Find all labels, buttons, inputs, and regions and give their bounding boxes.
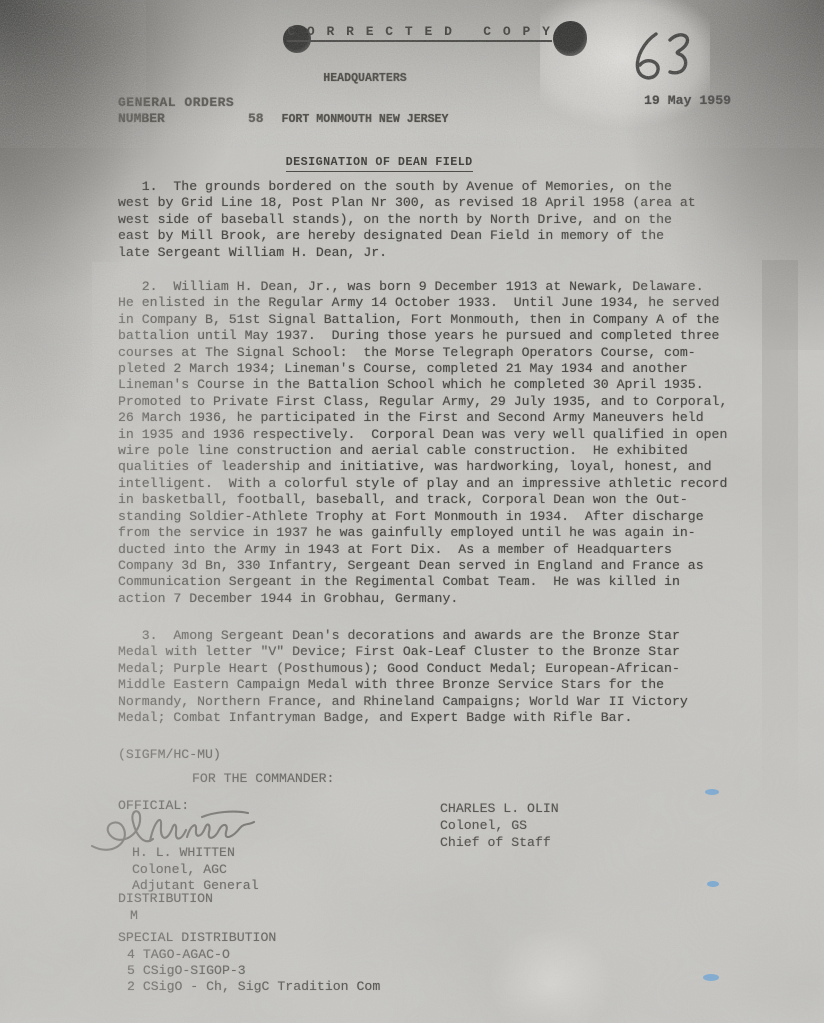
text-line: east by Mill Brook, are hereby designate… <box>118 228 696 244</box>
text-line: in Company B, 51st Signal Battalion, For… <box>118 312 727 328</box>
text-line: Communication Sergeant in the Regimental… <box>118 574 727 590</box>
text-line: from the service in 1937 he was gainfull… <box>118 525 727 541</box>
text-line: Middle Eastern Campaign Medal with three… <box>118 677 688 693</box>
text-line: battalion until May 1937. During those y… <box>118 328 727 344</box>
commander-title: Chief of Staff <box>440 835 551 850</box>
general-orders-label: GENERAL ORDERS <box>118 95 234 110</box>
text-line: wire pole line construction and aerial c… <box>118 443 727 459</box>
paragraph-2: 2. William H. Dean, Jr., was born 9 Dece… <box>118 279 727 607</box>
text-line: Promoted to Private First Class, Regular… <box>118 394 727 410</box>
scan-bottom-light-streak <box>486 925 616 1023</box>
letterhead-headquarters: HEADQUARTERS <box>233 72 497 86</box>
document-date: 19 May 1959 <box>644 93 731 108</box>
text-line: ducted into the Army in 1943 at Fort Dix… <box>118 542 727 558</box>
text-line: west by Grid Line 18, Post Plan Nr 300, … <box>118 195 696 211</box>
letterhead-location: FORT MONMOUTH NEW JERSEY <box>233 113 497 127</box>
text-line: qualities of leadership and initiative, … <box>118 459 727 475</box>
text-line: Lineman's Course in the Battalion School… <box>118 377 727 393</box>
scan-right-streak <box>762 260 798 820</box>
number-value: 58 <box>248 111 264 126</box>
text-line: 3. Among Sergeant Dean's decorations and… <box>118 628 688 644</box>
document-title-text: DESIGNATION OF DEAN FIELD <box>286 155 473 172</box>
text-line: Normandy, Northern France, and Rhineland… <box>118 694 688 710</box>
commander-name: CHARLES L. OLIN <box>440 801 559 816</box>
commander-rank: Colonel, GS <box>440 818 527 833</box>
text-line: standing Soldier-Athlete Trophy at Fort … <box>118 509 727 525</box>
text-line: courses at The Signal School: the Morse … <box>118 345 727 361</box>
number-label: NUMBER <box>118 111 165 126</box>
text-line: 4 TAGO-AGAC-O <box>127 947 380 963</box>
paragraph-1: 1. The grounds bordered on the south by … <box>118 179 696 261</box>
blue-ink-fleck <box>703 974 719 981</box>
text-line: late Sergeant William H. Dean, Jr. <box>118 245 696 261</box>
text-line: action 7 December 1944 in Grobhau, Germa… <box>118 591 727 607</box>
text-line: 2 CSigO - Ch, SigC Tradition Com <box>127 979 380 995</box>
scanned-general-orders-document: C O R R E C T E D C O P Y HEADQUARTERS F… <box>0 0 824 1023</box>
text-line: in basketball, football, baseball, and t… <box>118 492 727 508</box>
handwritten-page-number: 63 <box>626 28 698 86</box>
text-line: 26 March 1936, he participated in the Fi… <box>118 410 727 426</box>
blue-ink-fleck <box>705 789 719 795</box>
special-distribution-label: SPECIAL DISTRIBUTION <box>118 930 276 945</box>
text-line: Company 3d Bn, 330 Infantry, Sergeant De… <box>118 558 727 574</box>
distribution-label: DISTRIBUTION <box>118 891 213 906</box>
signer-rank: Colonel, AGC <box>132 862 227 877</box>
text-line: Medal; Purple Heart (Posthumous); Good C… <box>118 661 688 677</box>
document-title: DESIGNATION OF DEAN FIELD <box>233 141 497 183</box>
text-line: Medal with letter "V" Device; First Oak-… <box>118 644 688 660</box>
text-line: He enlisted in the Regular Army 14 Octob… <box>118 295 727 311</box>
text-line: west side of baseball stands), on the no… <box>118 212 696 228</box>
text-line: 2. William H. Dean, Jr., was born 9 Dece… <box>118 279 727 295</box>
special-distribution-list: 4 TAGO-AGAC-O5 CSigO-SIGOP-32 CSigO - Ch… <box>127 947 380 996</box>
text-line: intelligent. With a colorful style of pl… <box>118 476 727 492</box>
signer-name: H. L. WHITTEN <box>132 845 235 860</box>
text-line: 1. The grounds bordered on the south by … <box>118 179 696 195</box>
for-the-commander-line: FOR THE COMMANDER: <box>192 771 334 786</box>
text-line: 5 CSigO-SIGOP-3 <box>127 963 380 979</box>
corrected-copy-text: C O R R E C T E D C O P Y <box>287 24 552 42</box>
text-line: pleted 2 March 1934; Lineman's Course, c… <box>118 361 727 377</box>
office-reference: (SIGFM/HC-MU) <box>118 747 221 762</box>
blue-ink-fleck <box>707 881 719 887</box>
text-line: Medal; Combat Infantryman Badge, and Exp… <box>118 710 688 726</box>
letterhead: HEADQUARTERS FORT MONMOUTH NEW JERSEY <box>233 45 497 153</box>
distribution-value: M <box>130 908 138 923</box>
paragraph-3: 3. Among Sergeant Dean's decorations and… <box>118 628 688 726</box>
text-line: in 1935 and 1936 respectively. Corporal … <box>118 427 727 443</box>
